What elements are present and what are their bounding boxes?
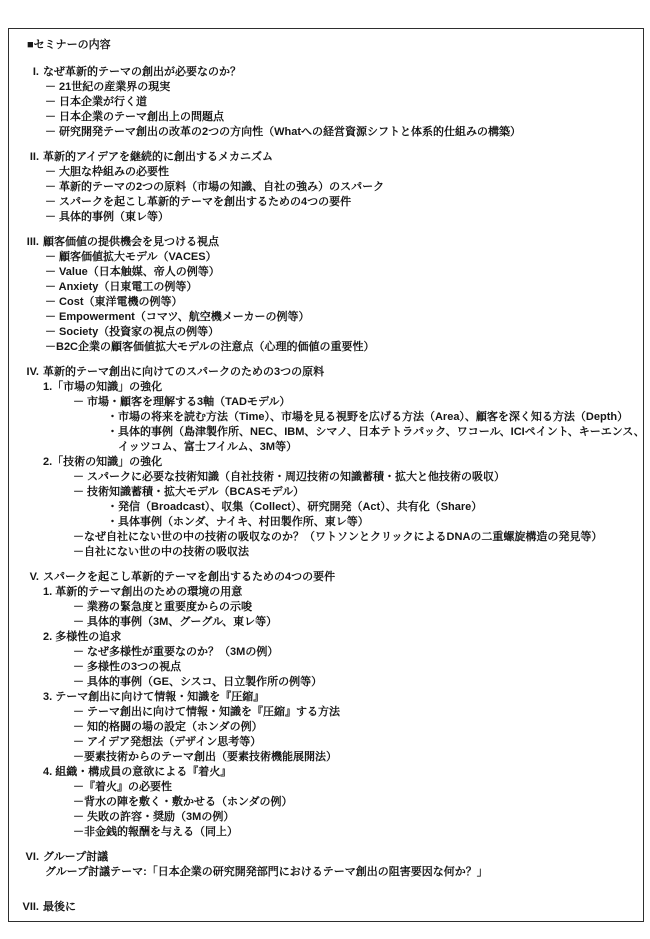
outline-item: ・発信（Broadcast）、収集（Collect）、研究開発（Act）、共有化… [9, 500, 643, 515]
section-numeral: V. [9, 570, 39, 585]
outline-item: 2. 多様性の追求 [9, 630, 643, 645]
section-header: V.スパークを起こし革新的テーマを創出するための4つの要件 [9, 570, 643, 585]
section-title: 顧客価値の提供機会を見つける視点 [43, 235, 219, 250]
outline-item: － 失敗の許容・奨励（3Mの例） [9, 810, 643, 825]
section-numeral: IV. [9, 365, 39, 380]
outline-item: ・市場の将来を読む方法（Time）、市場を見る視野を広げる方法（Area）、顧客… [9, 410, 643, 425]
section-header: VI.グループ討議 [9, 850, 643, 865]
section-title: スパークを起こし革新的テーマを創出するための4つの要件 [43, 570, 335, 585]
outline-item: 2.「技術の知識」の強化 [9, 455, 643, 470]
section-title: なぜ革新的テーマの創出が必要なのか？ [43, 65, 241, 80]
outline-item: － テーマ創出に向けて情報・知識を『圧縮』する方法 [9, 705, 643, 720]
section-numeral: VII. [9, 900, 39, 915]
section-ii: II.革新的アイデアを継続的に創出するメカニズム－ 大胆な枠組みの必要性－ 革新… [9, 150, 643, 225]
section-numeral: III. [9, 235, 39, 250]
outline-item: －自社にない世の中の技術の吸収法 [9, 545, 643, 560]
outline-item: 1.「市場の知識」の強化 [9, 380, 643, 395]
document-heading: ■セミナーの内容 [27, 38, 643, 53]
outline-item: － Cost（東洋電機の例等） [9, 295, 643, 310]
outline-item: － スパークを起こし革新的テーマを創出するための4つの要件 [9, 195, 643, 210]
section-i: I.なぜ革新的テーマの創出が必要なのか？－ 21世紀の産業界の現実－ 日本企業が… [9, 65, 643, 140]
section-iii: III.顧客価値の提供機会を見つける視点－ 顧客価値拡大モデル（VACES）－ … [9, 235, 643, 355]
outline-item: － 知的格闘の場の設定（ホンダの例） [9, 720, 643, 735]
outline-item: －背水の陣を敷く・敷かせる（ホンダの例） [9, 795, 643, 810]
outline-item: －要素技術からのテーマ創出（要素技術機能展開法） [9, 750, 643, 765]
outline-item: － 顧客価値拡大モデル（VACES） [9, 250, 643, 265]
outline-item: 1. 革新的テーマ創出のための環境の用意 [9, 585, 643, 600]
outline-item: －非金銭的報酬を与える（同上） [9, 825, 643, 840]
outline-item: － 日本企業が行く道 [9, 95, 643, 110]
outline-item: － 大胆な枠組みの必要性 [9, 165, 643, 180]
section-vi: VI.グループ討議グループ討議テーマ:「日本企業の研究開発部門におけるテーマ創出… [9, 850, 643, 880]
outline-item: イッツコム、富士フイルム、3M等） [9, 440, 643, 455]
section-title: 革新的アイデアを継続的に創出するメカニズム [43, 150, 273, 165]
outline-item: － 業務の緊急度と重要度からの示唆 [9, 600, 643, 615]
outline-item: － Society（投資家の視点の例等） [9, 325, 643, 340]
outline-item: 3. テーマ創出に向けて情報・知識を『圧縮』 [9, 690, 643, 705]
section-header: VII.最後に [9, 900, 643, 915]
outline-item: グループ討議テーマ:「日本企業の研究開発部門におけるテーマ創出の阻害要因な何か？… [9, 865, 643, 880]
outline-item: － 研究開発テーマ創出の改革の2つの方向性（Whatへの経営資源シフトと体系的仕… [9, 125, 643, 140]
outline-item: － 革新的テーマの2つの原料（市場の知識、自社の強み）のスパーク [9, 180, 643, 195]
outline-item: － 具体的事例（東レ等） [9, 210, 643, 225]
outline-item: － 技術知識蓄積・拡大モデル（BCASモデル） [9, 485, 643, 500]
section-numeral: I. [9, 65, 39, 80]
outline-item: － 21世紀の産業界の現実 [9, 80, 643, 95]
section-numeral: VI. [9, 850, 39, 865]
section-numeral: II. [9, 150, 39, 165]
section-v: V.スパークを起こし革新的テーマを創出するための4つの要件1. 革新的テーマ創出… [9, 570, 643, 840]
outline-item: － Anxiety（日東電工の例等） [9, 280, 643, 295]
outline-item: － 具体的事例（GE、シスコ、日立製作所の例等） [9, 675, 643, 690]
outline-item: － アイデア発想法（デザイン思考等） [9, 735, 643, 750]
section-header: II.革新的アイデアを継続的に創出するメカニズム [9, 150, 643, 165]
outline-item: － スパークに必要な技術知識（自社技術・周辺技術の知識蓄積・拡大と他技術の吸収） [9, 470, 643, 485]
section-header: IV.革新的テーマ創出に向けてのスパークのための3つの原料 [9, 365, 643, 380]
outline-item: －なぜ自社にない世の中の技術の吸収なのか？（ワトソンとクリックによるDNAの二重… [9, 530, 643, 545]
outline-item: － Empowerment（コマツ、航空機メーカーの例等） [9, 310, 643, 325]
outline-item: －『着火』の必要性 [9, 780, 643, 795]
section-iv: IV.革新的テーマ創出に向けてのスパークのための3つの原料1.「市場の知識」の強… [9, 365, 643, 560]
outline-item: ・具体的事例（島津製作所、NEC、IBM、シマノ、日本テトラパック、ワコール、I… [9, 425, 643, 440]
section-vii: VII.最後に [9, 900, 643, 915]
section-title: 革新的テーマ創出に向けてのスパークのための3つの原料 [43, 365, 324, 380]
outline-item: － 市場・顧客を理解する3軸（TADモデル） [9, 395, 643, 410]
outline-item: －B2C企業の顧客価値拡大モデルの注意点（心理的価値の重要性） [9, 340, 643, 355]
outline-item: ・具体事例（ホンダ、ナイキ、村田製作所、東レ等） [9, 515, 643, 530]
outline-item: 4. 組織・構成員の意欲による『着火』 [9, 765, 643, 780]
section-title: グループ討議 [43, 850, 108, 865]
outline-item: － Value（日本触媒、帝人の例等） [9, 265, 643, 280]
seminar-outline-box: ■セミナーの内容 I.なぜ革新的テーマの創出が必要なのか？－ 21世紀の産業界の… [8, 28, 644, 922]
section-header: III.顧客価値の提供機会を見つける視点 [9, 235, 643, 250]
section-title: 最後に [43, 900, 76, 915]
outline-item: － 具体的事例（3M、グーグル、東レ等） [9, 615, 643, 630]
outline-item: － なぜ多様性が重要なのか？（3Mの例） [9, 645, 643, 660]
outline: I.なぜ革新的テーマの創出が必要なのか？－ 21世紀の産業界の現実－ 日本企業が… [9, 65, 643, 915]
section-header: I.なぜ革新的テーマの創出が必要なのか？ [9, 65, 643, 80]
outline-item: － 多様性の3つの視点 [9, 660, 643, 675]
outline-item: － 日本企業のテーマ創出上の問題点 [9, 110, 643, 125]
